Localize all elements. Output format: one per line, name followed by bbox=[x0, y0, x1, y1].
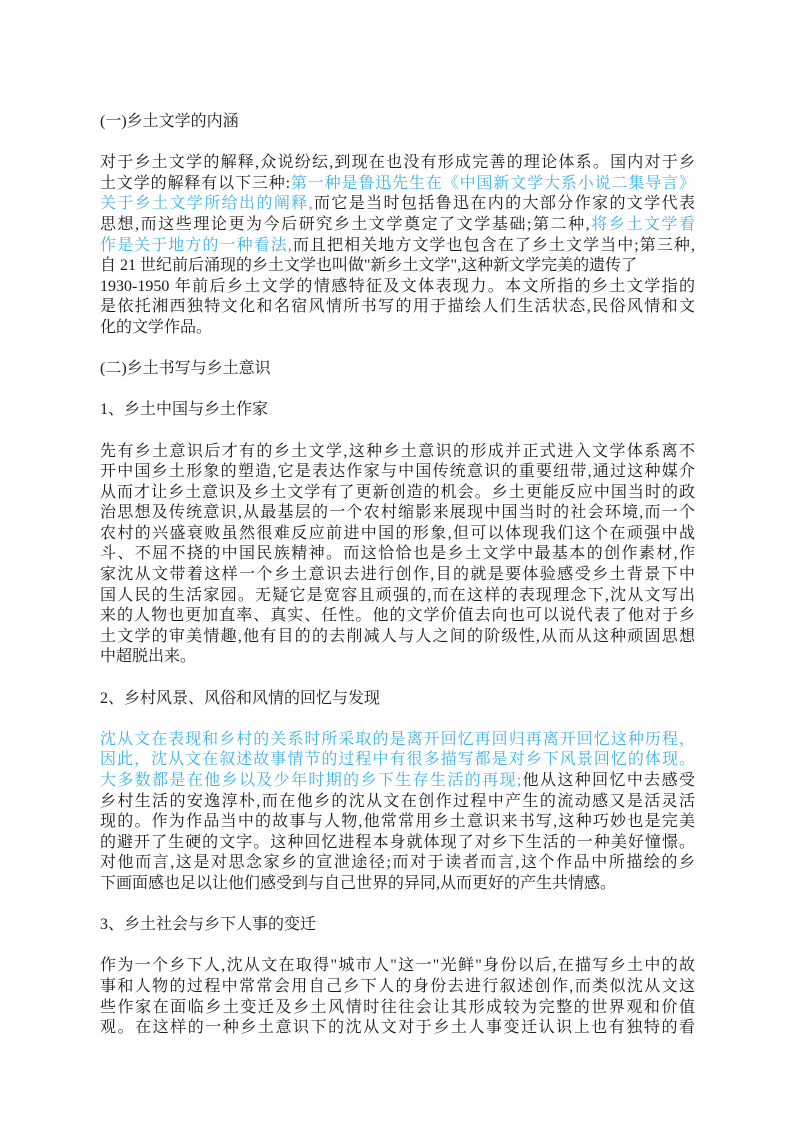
highlighted-text-segment: 大多数都是在他乡以及少年时期的乡下生存生活的再现; bbox=[100, 772, 521, 789]
text-segment: 乡村生活的安逸淳朴,而在他乡的沈从文在创作过程中产生的流动感又是活灵活 bbox=[100, 793, 695, 810]
text-line: 因此，沈从文在叙述故事情节的过程中有很多描写都是对乡下风景回忆的体现。 bbox=[100, 750, 695, 771]
text-line: 土文学的审美情趣,他有目的的去削减人与人之间的阶级性,从而从这种顽固思想 bbox=[100, 627, 695, 648]
section-heading: 2、乡村风景、风俗和风情的回忆与发现 bbox=[100, 689, 695, 710]
text-line: (二)乡土书写与乡土意识 bbox=[100, 359, 695, 380]
text-segment: 3、乡土社会与乡下人事的变迁 bbox=[100, 916, 316, 933]
text-segment: 对他而言,这是对思念家乡的宣泄途径;而对于读者而言,这个作品中所描绘的乡 bbox=[100, 854, 695, 871]
highlighted-text-segment: 将乡土文学看 bbox=[590, 216, 695, 233]
highlighted-text-segment: 沈从文在表现和乡村的关系时所采取的是离开回忆再回归再离开回忆这种历程， bbox=[100, 731, 695, 748]
highlighted-text-segment: 关于乡土文学所给出的阐释, bbox=[100, 195, 313, 212]
text-line: 现的。作为作品当中的故事与人物,他常常用乡土意识来书写,这种巧妙也是完美 bbox=[100, 812, 695, 833]
text-line: 是依托湘西独特文化和名宿风情所书写的用于描绘人们生活状态,民俗风情和文 bbox=[100, 297, 695, 318]
text-segment: 对于乡土文学的解释,众说纷纭,到现在也没有形成完善的理论体系。国内对于乡 bbox=[100, 154, 695, 171]
text-segment: 土文学的审美情趣,他有目的的去削减人与人之间的阶级性,从而从这种顽固思想 bbox=[100, 628, 695, 645]
text-line: 先有乡土意识后才有的乡土文学,这种乡土意识的形成并正式进入文学体系离不 bbox=[100, 442, 695, 463]
text-line: 来的人物也更加直率、真实、任性。他的文学价值去向也可以说代表了他对于乡 bbox=[100, 606, 695, 627]
text-segment: 是依托湘西独特文化和名宿风情所书写的用于描绘人们生活状态,民俗风情和文 bbox=[100, 298, 695, 315]
text-line: 的避开了生硬的文字。这种回忆进程本身就体现了对乡下生活的一种美好憧憬。 bbox=[100, 833, 695, 854]
text-line: 土文学的解释有以下三种:第一种是鲁迅先生在《中国新文学大系小说二集导言》 bbox=[100, 174, 695, 195]
text-segment: 观。在这样的一种乡土意识下的沈从文对于乡土人事变迁认识上也有独特的看 bbox=[100, 1019, 695, 1036]
highlighted-text-segment: 作是关于地方的一种看法 bbox=[100, 237, 288, 254]
text-segment: (一)乡土文学的内涵 bbox=[100, 113, 239, 130]
text-segment: 作为一个乡下人,沈从文在取得"城市人"这一"光鲜"身份以后,在描写乡土中的故 bbox=[100, 957, 695, 974]
text-line: 家沈从文带着这样一个乡土意识去进行创作,目的就是要体验感受乡土背景下中 bbox=[100, 565, 695, 586]
text-segment: 而且把相关地方文学也包含在了乡土文学当中;第三种, bbox=[292, 237, 695, 254]
paragraph: 先有乡土意识后才有的乡土文学,这种乡土意识的形成并正式进入文学体系离不开中国乡土… bbox=[100, 442, 695, 669]
text-line: 乡村生活的安逸淳朴,而在他乡的沈从文在创作过程中产生的流动感又是活灵活 bbox=[100, 792, 695, 813]
highlighted-text-segment: 第一种是鲁迅先生在《中国新文学大系小说二集导言》 bbox=[290, 175, 695, 192]
text-line: 事和人物的过程中常常会用自己乡下人的身份去进行叙述创作,而类似沈从文这 bbox=[100, 977, 695, 998]
text-segment: 些作家在面临乡土变迁及乡土风情时往往会让其形成较为完整的世界观和价值 bbox=[100, 999, 695, 1016]
section-heading: (一)乡土文学的内涵 bbox=[100, 112, 695, 133]
text-line: 自 21 世纪前后涌现的乡土文学也叫做"新乡土文学",这种新文学完美的遗传了 bbox=[100, 256, 695, 277]
text-line: 些作家在面临乡土变迁及乡土风情时往往会让其形成较为完整的世界观和价值 bbox=[100, 998, 695, 1019]
text-line: 作为一个乡下人,沈从文在取得"城市人"这一"光鲜"身份以后,在描写乡土中的故 bbox=[100, 956, 695, 977]
text-segment: 国人民的生活家园。无疑它是宽容且顽强的,而在这样的表现理念下,沈从文写出 bbox=[100, 587, 695, 604]
text-segment: 思想,而这些理论更为今后研究乡土文学奠定了文学基础;第二种, bbox=[100, 216, 590, 233]
document-page: (一)乡土文学的内涵对于乡土文学的解释,众说纷纭,到现在也没有形成完善的理论体系… bbox=[0, 0, 793, 1122]
text-segment: 先有乡土意识后才有的乡土文学,这种乡土意识的形成并正式进入文学体系离不 bbox=[100, 443, 695, 460]
text-line: 沈从文在表现和乡村的关系时所采取的是离开回忆再回归再离开回忆这种历程， bbox=[100, 730, 695, 751]
text-segment: 中超脱出来。 bbox=[100, 648, 196, 665]
text-segment: 斗、不屈不挠的中国民族精神。而这恰恰也是乡土文学中最基本的创作素材,作 bbox=[100, 545, 695, 562]
text-line: 1、乡土中国与乡土作家 bbox=[100, 400, 695, 421]
text-line: 大多数都是在他乡以及少年时期的乡下生存生活的再现;他从这种回忆中去感受 bbox=[100, 771, 695, 792]
text-line: 斗、不屈不挠的中国民族精神。而这恰恰也是乡土文学中最基本的创作素材,作 bbox=[100, 544, 695, 565]
text-segment: 2、乡村风景、风俗和风情的回忆与发现 bbox=[100, 690, 380, 707]
text-segment: 自 21 世纪前后涌现的乡土文学也叫做"新乡土文学",这种新文学完美的遗传了 bbox=[100, 257, 637, 274]
text-line: 3、乡土社会与乡下人事的变迁 bbox=[100, 915, 695, 936]
text-segment: 化的文学作品。 bbox=[100, 319, 212, 336]
section-heading: 3、乡土社会与乡下人事的变迁 bbox=[100, 915, 695, 936]
text-segment: 他从这种回忆中去感受 bbox=[521, 772, 695, 789]
text-line: 化的文学作品。 bbox=[100, 318, 695, 339]
text-line: (一)乡土文学的内涵 bbox=[100, 112, 695, 133]
highlighted-text-segment: 因此，沈从文在叙述故事情节的过程中有很多描写都是对乡下风景回忆的体现。 bbox=[100, 751, 695, 768]
paragraph: 对于乡土文学的解释,众说纷纭,到现在也没有形成完善的理论体系。国内对于乡土文学的… bbox=[100, 153, 695, 338]
document-body: (一)乡土文学的内涵对于乡土文学的解释,众说纷纭,到现在也没有形成完善的理论体系… bbox=[100, 112, 695, 1039]
text-segment: 农村的兴盛衰败虽然很难反应前进中国的形象,但可以体现我们这个在顽强中战 bbox=[100, 525, 695, 542]
text-line: 作是关于地方的一种看法,而且把相关地方文学也包含在了乡土文学当中;第三种, bbox=[100, 236, 695, 257]
text-line: 2、乡村风景、风俗和风情的回忆与发现 bbox=[100, 689, 695, 710]
text-segment: 1930-1950 年前后乡土文学的情感特征及文体表现力。本文所指的乡土文学指的 bbox=[100, 278, 695, 295]
text-line: 思想,而这些理论更为今后研究乡土文学奠定了文学基础;第二种,将乡土文学看 bbox=[100, 215, 695, 236]
text-segment: 从而才让乡土意识及乡土文学有了更新创造的机会。乡土更能反应中国当时的政 bbox=[100, 484, 695, 501]
text-line: 开中国乡土形象的塑造,它是表达作家与中国传统意识的重要纽带,通过这种媒介 bbox=[100, 462, 695, 483]
text-segment: (二)乡土书写与乡土意识 bbox=[100, 360, 271, 377]
text-line: 从而才让乡土意识及乡土文学有了更新创造的机会。乡土更能反应中国当时的政 bbox=[100, 483, 695, 504]
paragraph: 作为一个乡下人,沈从文在取得"城市人"这一"光鲜"身份以后,在描写乡土中的故事和… bbox=[100, 956, 695, 1038]
text-line: 下画面感也足以让他们感受到与自己世界的异同,从而更好的产生共情感。 bbox=[100, 874, 695, 895]
text-segment: 治思想及传统意识,从最基层的一个农村缩影来展现中国当时的社会环境,而一个 bbox=[100, 504, 695, 521]
text-segment: 的避开了生硬的文字。这种回忆进程本身就体现了对乡下生活的一种美好憧憬。 bbox=[100, 834, 695, 851]
text-segment: 土文学的解释有以下三种: bbox=[100, 175, 290, 192]
text-line: 观。在这样的一种乡土意识下的沈从文对于乡土人事变迁认识上也有独特的看 bbox=[100, 1018, 695, 1039]
text-segment: 开中国乡土形象的塑造,它是表达作家与中国传统意识的重要纽带,通过这种媒介 bbox=[100, 463, 695, 480]
section-heading: (二)乡土书写与乡土意识 bbox=[100, 359, 695, 380]
text-segment: 来的人物也更加直率、真实、任性。他的文学价值去向也可以说代表了他对于乡 bbox=[100, 607, 695, 624]
section-heading: 1、乡土中国与乡土作家 bbox=[100, 400, 695, 421]
text-line: 对他而言,这是对思念家乡的宣泄途径;而对于读者而言,这个作品中所描绘的乡 bbox=[100, 853, 695, 874]
text-segment: 而它是当时包括鲁迅在内的大部分作家的文学代表 bbox=[313, 195, 695, 212]
text-segment: 下画面感也足以让他们感受到与自己世界的异同,从而更好的产生共情感。 bbox=[100, 875, 616, 892]
text-line: 治思想及传统意识,从最基层的一个农村缩影来展现中国当时的社会环境,而一个 bbox=[100, 503, 695, 524]
text-segment: 1、乡土中国与乡土作家 bbox=[100, 401, 268, 418]
text-segment: 家沈从文带着这样一个乡土意识去进行创作,目的就是要体验感受乡土背景下中 bbox=[100, 566, 695, 583]
paragraph: 沈从文在表现和乡村的关系时所采取的是离开回忆再回归再离开回忆这种历程，因此，沈从… bbox=[100, 730, 695, 895]
text-segment: 事和人物的过程中常常会用自己乡下人的身份去进行叙述创作,而类似沈从文这 bbox=[100, 978, 695, 995]
text-line: 中超脱出来。 bbox=[100, 647, 695, 668]
text-line: 农村的兴盛衰败虽然很难反应前进中国的形象,但可以体现我们这个在顽强中战 bbox=[100, 524, 695, 545]
text-line: 国人民的生活家园。无疑它是宽容且顽强的,而在这样的表现理念下,沈从文写出 bbox=[100, 586, 695, 607]
text-line: 关于乡土文学所给出的阐释,而它是当时包括鲁迅在内的大部分作家的文学代表 bbox=[100, 194, 695, 215]
text-line: 对于乡土文学的解释,众说纷纭,到现在也没有形成完善的理论体系。国内对于乡 bbox=[100, 153, 695, 174]
text-line: 1930-1950 年前后乡土文学的情感特征及文体表现力。本文所指的乡土文学指的 bbox=[100, 277, 695, 298]
text-segment: 现的。作为作品当中的故事与人物,他常常用乡土意识来书写,这种巧妙也是完美 bbox=[100, 813, 695, 830]
